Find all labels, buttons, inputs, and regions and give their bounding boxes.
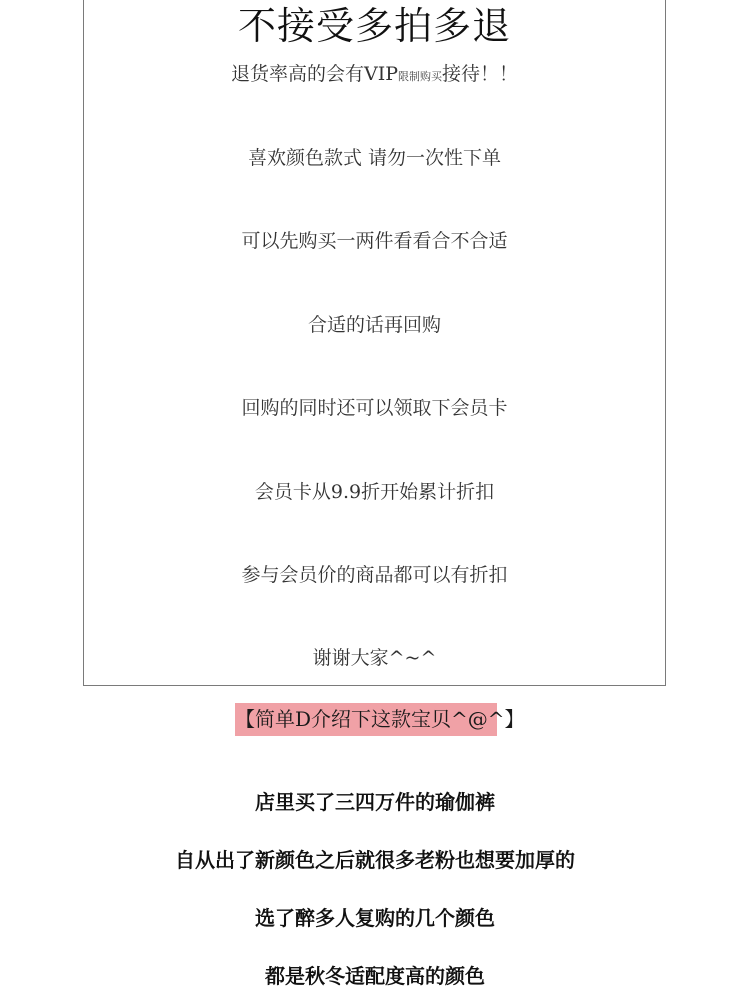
vip-line-after: 接待！！ — [442, 63, 518, 85]
notice-line: 回购的同时还可以领取下会员卡 — [84, 396, 665, 420]
notice-line: 合适的话再回购 — [84, 313, 665, 337]
description-line: 都是秋冬适配度高的颜色 — [0, 963, 750, 989]
vip-line-before: 退货率高的会有VIP — [231, 63, 398, 85]
notice-line: 可以先购买一两件看看合不合适 — [84, 229, 665, 253]
notice-heading: 不接受多拍多退 — [84, 6, 665, 46]
intro-banner: 【简单D介绍下这款宝贝^@^】 — [235, 703, 497, 736]
notice-line: 会员卡从9.9折开始累计折扣 — [84, 480, 665, 504]
notice-thanks-line: 谢谢大家^~^ — [84, 646, 665, 670]
description-line: 自从出了新颜色之后就很多老粉也想要加厚的 — [0, 847, 750, 873]
notice-box: 不退运费哦 不接受多拍多退 退货率高的会有VIP限制购买接待！！ 喜欢颜色款式 … — [83, 0, 666, 686]
description-line: 选了醉多人复购的几个颜色 — [0, 905, 750, 931]
notice-line: 参与会员价的商品都可以有折扣 — [84, 563, 665, 587]
vip-line-small: 限制购买 — [398, 70, 442, 83]
description-line: 店里买了三四万件的瑜伽裤 — [0, 789, 750, 815]
vip-notice-line: 退货率高的会有VIP限制购买接待！！ — [84, 62, 665, 89]
notice-cut-heading: 不退运费哦 — [84, 0, 665, 2]
notice-line: 喜欢颜色款式 请勿一次性下单 — [84, 146, 665, 170]
